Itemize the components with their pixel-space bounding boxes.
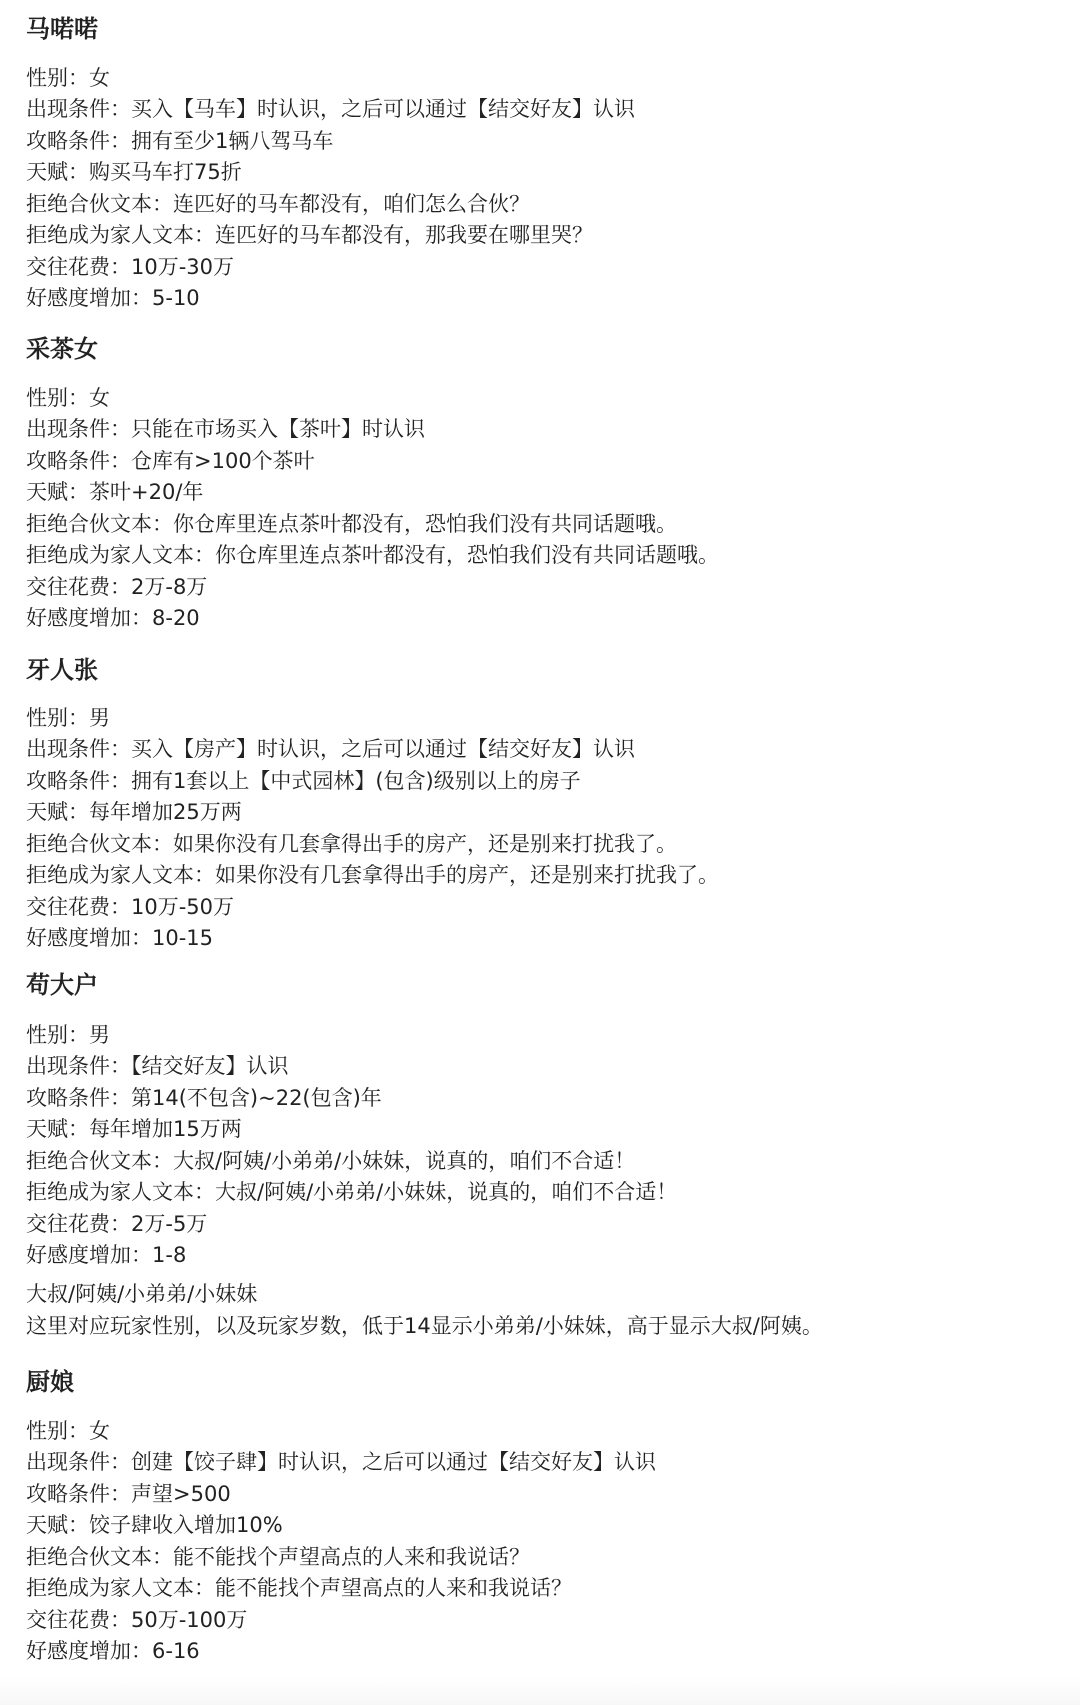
field-gender: 性别：女 [26, 1416, 110, 1446]
field-gender: 性别：男 [26, 1020, 110, 1050]
field-affection-gain: 好感度增加：1-8 [26, 1240, 186, 1270]
field-romance-condition: 攻略条件：拥有至少1辆八驾马车 [26, 126, 333, 156]
field-affection-gain: 好感度增加：6-16 [26, 1636, 200, 1666]
field-dating-cost: 交往花费：10万-30万 [26, 252, 234, 282]
field-gender: 性别：女 [26, 383, 110, 413]
field-appear-condition: 出现条件：【结交好友】认识 [26, 1051, 289, 1081]
character-title: 牙人张 [26, 655, 98, 685]
field-reject-partner-text: 拒绝合伙文本：连匹好的马车都没有，咱们怎么合伙？ [26, 189, 530, 219]
field-dating-cost: 交往花费：2万-8万 [26, 572, 207, 602]
field-talent: 天赋：每年增加15万两 [26, 1114, 242, 1144]
character-title: 马喏喏 [26, 14, 98, 44]
field-romance-condition: 攻略条件：拥有1套以上【中式园林】(包含)级别以上的房子 [26, 766, 581, 796]
field-appear-condition: 出现条件：买入【马车】时认识，之后可以通过【结交好友】认识 [26, 94, 635, 124]
note-text: 这里对应玩家性别，以及玩家岁数，低于14显示小弟弟/小妹妹，高于显示大叔/阿姨。 [26, 1311, 823, 1341]
character-title: 厨娘 [26, 1367, 74, 1397]
field-reject-family-text: 拒绝成为家人文本：连匹好的马车都没有，那我要在哪里哭？ [26, 220, 593, 250]
field-reject-partner-text: 拒绝合伙文本：能不能找个声望高点的人来和我说话？ [26, 1542, 530, 1572]
field-gender: 性别：女 [26, 63, 110, 93]
field-affection-gain: 好感度增加：5-10 [26, 283, 200, 313]
field-romance-condition: 攻略条件：声望>500 [26, 1479, 231, 1509]
field-appear-condition: 出现条件：买入【房产】时认识，之后可以通过【结交好友】认识 [26, 734, 635, 764]
field-dating-cost: 交往花费：2万-5万 [26, 1209, 207, 1239]
field-talent: 天赋：每年增加25万两 [26, 797, 242, 827]
field-romance-condition: 攻略条件：仓库有>100个茶叶 [26, 446, 315, 476]
field-reject-family-text: 拒绝成为家人文本：如果你没有几套拿得出手的房产，还是别来打扰我了。 [26, 860, 719, 890]
field-dating-cost: 交往花费：10万-50万 [26, 892, 234, 922]
field-reject-partner-text: 拒绝合伙文本：大叔/阿姨/小弟弟/小妹妹，说真的，咱们不合适！ [26, 1146, 635, 1176]
field-talent: 天赋：饺子肆收入增加10% [26, 1510, 283, 1540]
field-affection-gain: 好感度增加：10-15 [26, 923, 213, 953]
field-reject-family-text: 拒绝成为家人文本：能不能找个声望高点的人来和我说话？ [26, 1573, 572, 1603]
field-affection-gain: 好感度增加：8-20 [26, 603, 200, 633]
field-talent: 天赋：茶叶+20/年 [26, 477, 203, 507]
field-talent: 天赋：购买马车打75折 [26, 157, 242, 187]
field-gender: 性别：男 [26, 703, 110, 733]
field-appear-condition: 出现条件：只能在市场买入【茶叶】时认识 [26, 414, 425, 444]
field-reject-partner-text: 拒绝合伙文本：你仓库里连点茶叶都没有，恐怕我们没有共同话题哦。 [26, 509, 677, 539]
character-title: 采茶女 [26, 334, 98, 364]
bottom-fade [0, 1677, 1080, 1705]
note-heading: 大叔/阿姨/小弟弟/小妹妹 [26, 1279, 257, 1309]
field-reject-family-text: 拒绝成为家人文本：大叔/阿姨/小弟弟/小妹妹，说真的，咱们不合适！ [26, 1177, 677, 1207]
field-appear-condition: 出现条件：创建【饺子肆】时认识，之后可以通过【结交好友】认识 [26, 1447, 656, 1477]
field-reject-family-text: 拒绝成为家人文本：你仓库里连点茶叶都没有，恐怕我们没有共同话题哦。 [26, 540, 719, 570]
field-reject-partner-text: 拒绝合伙文本：如果你没有几套拿得出手的房产，还是别来打扰我了。 [26, 829, 677, 859]
field-romance-condition: 攻略条件：第14(不包含)~22(包含)年 [26, 1083, 382, 1113]
character-title: 苟大户 [26, 970, 98, 1000]
field-dating-cost: 交往花费：50万-100万 [26, 1605, 247, 1635]
